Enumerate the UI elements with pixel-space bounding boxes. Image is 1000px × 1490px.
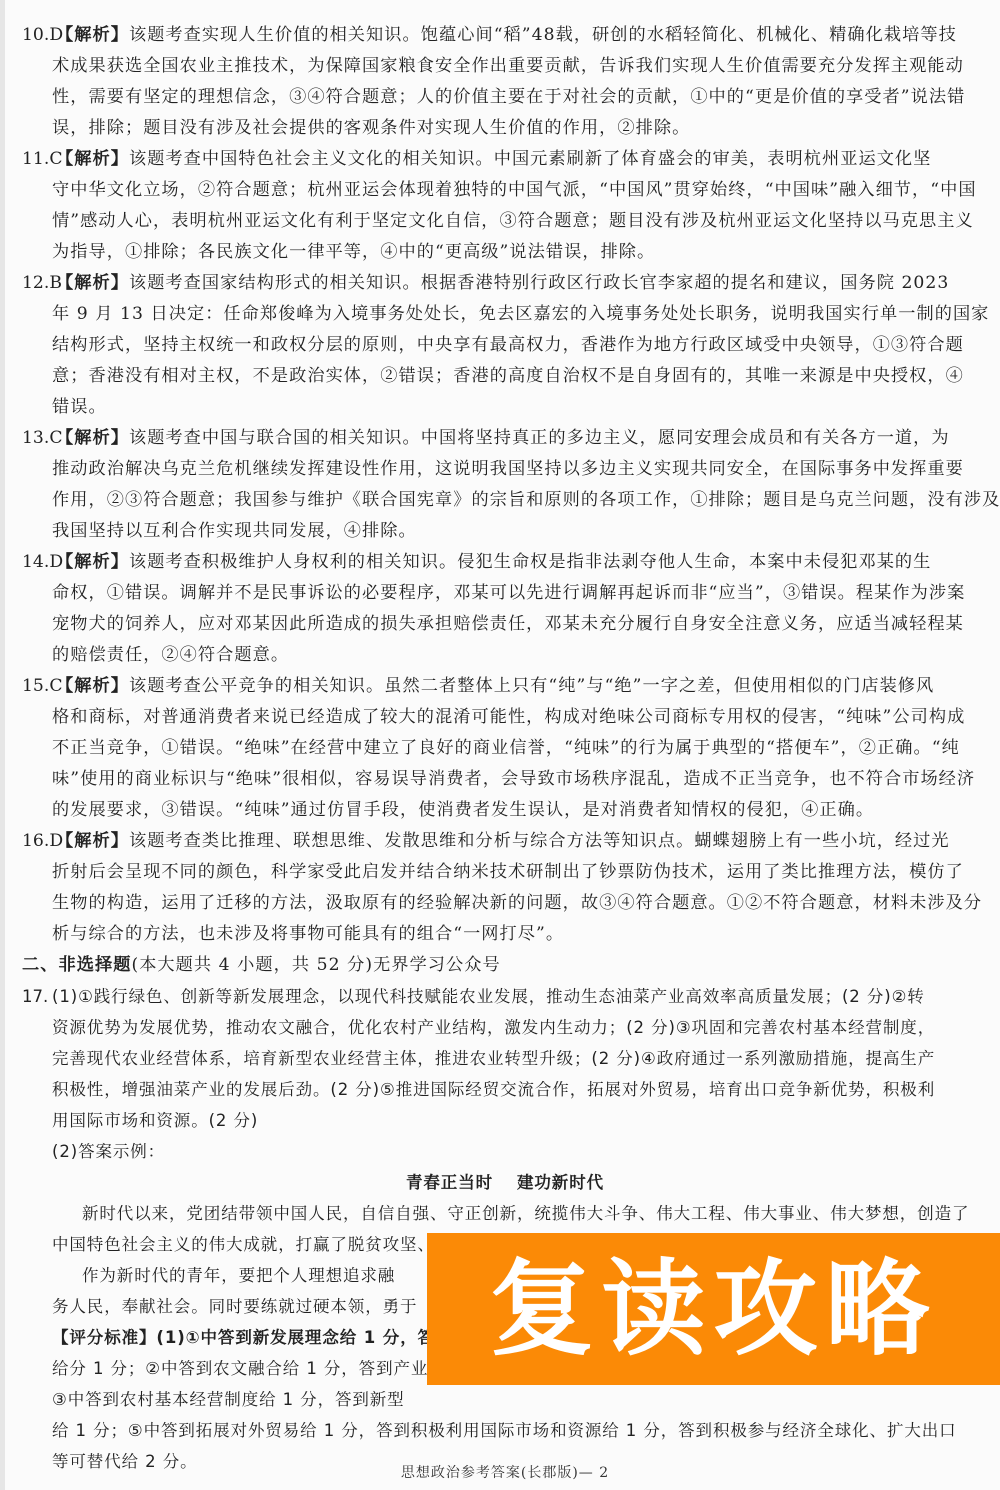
q12-line-3: 结构形式，坚持主权统一和政权分层的原则，中央享有最高权力，香港作为地方行政区域受… [52,330,964,361]
q10-line-1: 10.D【解析】该题考查实现人生价值的相关知识。饱蕴心间“稻”48载，研创的水稻… [22,20,957,51]
q11-line-4: 为指导，①排除；各民族文化一律平等，④中的“更高级”说法错误，排除。 [52,237,655,268]
question-number: 15.C [22,671,52,702]
analysis-tag: 【解析】 [56,273,129,293]
q11-line-2: 守中华文化立场，②符合题意；杭州亚运会体现着独特的中国气派，“中国风”贯穿始终，… [52,175,977,206]
question-number: 17. [22,981,52,1012]
q13-line-1: 13.C【解析】该题考查中国与联合国的相关知识。中国将坚持真正的多边主义，愿同安… [22,423,950,454]
q17-line-3: 完善现代农业经营体系，培育新型农业经营主体，推进农业转型升级；(2 分)④政府通… [52,1043,935,1074]
page-edge [0,0,5,1490]
q12-line-2: 年 9 月 13 日决定：任命郑俊峰为入境事务处处长，免去区嘉宏的入境事务处处长… [52,299,989,330]
q17-line-1: 17.(1)①践行绿色、创新等新发展理念，以现代科技赋能农业发展，推动生态油菜产… [22,981,925,1012]
question-number: 11.C [22,144,52,175]
q14-line-4: 的赔偿责任，②④符合题意。 [52,640,289,671]
q14-line-1: 14.D【解析】该题考查积极维护人身权利的相关知识。侵犯生命权是指非法剥夺他人生… [22,547,931,578]
scoring-line-3: ③中答到农村基本经营制度给 1 分，答到新型 [52,1384,405,1415]
q17-line-2: 资源优势为发展优势，推动农文融合，优化农村产业结构，激发内生动力；(2 分)③巩… [52,1012,935,1043]
q12-line-4: 意；香港没有相对主权，不是政治实体，②错误；香港的高度自治权不是自身固有的，其唯… [52,361,964,392]
q16-line-4: 析与综合的方法，也未涉及将事物可能具有的组合“一网打尽”。 [52,919,564,950]
q10-line-4: 误，排除；题目没有涉及社会提供的客观条件对实现人生价值的作用，②排除。 [52,113,690,144]
q13-line-2: 推动政治解决乌克兰危机继续发挥建设性作用，这说明我国坚持以多边主义实现共同安全，… [52,454,964,485]
question-number: 14.D [22,547,52,578]
q12-line-1: 12.B【解析】该题考查国家结构形式的相关知识。根据香港特别行政区行政长官李家超… [22,268,949,299]
essay-line-3: 作为新时代的青年，要把个人理想追求融 [82,1260,395,1291]
q13-line-3: 作用，②③符合题意；我国参与维护《联合国宪章》的宗旨和原则的各项工作，①排除；题… [52,485,1000,516]
essay-line-1: 新时代以来，党团结带领中国人民，自信自强、守正创新，统揽伟大斗争、伟大工程、伟大… [82,1198,969,1229]
q15-line-4: 味”使用的商业标识与“绝味”很相似，容易误导消费者，会导致市场秩序混乱，造成不正… [52,764,975,795]
section-title: 二、非选择题 [22,955,131,975]
q11-line-1: 11.C【解析】该题考查中国特色社会主义文化的相关知识。中国元素刷新了体育盛会的… [22,144,931,175]
q10-line-3: 性，需要有坚定的理想信念，③④符合题意；人的价值主要在于对社会的贡献，①中的“更… [52,82,965,113]
q15-line-3: 不正当竞争，①错误。“绝味”在经营中建立了良好的商业信誉，“纯味”的行为属于典型… [52,733,960,764]
q16-line-1: 16.D【解析】该题考查类比推理、联想思维、发散思维和分析与综合方法等知识点。蝴… [22,826,950,857]
q11-line-3: 情”感动人心，表明杭州亚运文化有利于坚定文化自信，③符合题意；题目没有涉及杭州亚… [52,206,974,237]
q16-line-3: 生物的构造，运用了迁移的方法，汲取原有的经验解决新的问题，故③④符合题意。①②不… [52,888,982,919]
analysis-tag: 【解析】 [56,552,129,572]
scoring-line-2: 给分 1 分；②中答到农文融合给 1 分，答到产业 [52,1353,428,1384]
q17-line-4: 积极性，增强油菜产业的发展后劲。(2 分)⑤推进国际经贸交流合作，拓展对外贸易，… [52,1074,935,1105]
q15-line-1: 15.C【解析】该题考查公平竞争的相关知识。虽然二者整体上只有“纯”与“绝”一字… [22,671,934,702]
analysis-tag: 【解析】 [56,831,129,851]
question-number: 13.C [22,423,52,454]
watermark-text: 复读攻略 [489,1257,937,1361]
analysis-tag: 【解析】 [56,25,129,45]
q13-line-4: 我国坚持以互利合作实现共同发展，④排除。 [52,516,417,547]
q17-part2-label: (2)答案示例： [52,1136,165,1167]
scoring-line-4: 给 1 分；⑤中答到拓展对外贸易给 1 分，答到积极利用国际市场和资源给 1 分… [52,1415,957,1446]
analysis-tag: 【解析】 [56,676,129,696]
essay-title: 青春正当时建功新时代 [22,1167,988,1198]
watermark-banner: 复读攻略 [427,1233,1000,1385]
page-footer: 思想政治参考答案(长郡版)— 2 [22,1462,988,1482]
analysis-tag: 【解析】 [56,149,129,169]
q17-line-5: 用国际市场和资源。(2 分) [52,1105,258,1136]
analysis-tag: 【解析】 [56,428,129,448]
question-number: 12.B [22,268,52,299]
q16-line-2: 折射后会呈现不同的颜色，科学家受此启发并结合纳米技术研制出了钞票防伪技术，运用了… [52,857,964,888]
q14-line-3: 宠物犬的饲养人，应对邓某因此所造成的损失承担赔偿责任，邓某未充分履行自身安全注意… [52,609,964,640]
section-heading: 二、非选择题(本大题共 4 小题，共 52 分)无界学习公众号 [22,950,501,981]
q12-line-5: 错误。 [52,392,107,423]
essay-line-4: 务人民，奉献社会。同时要练就过硬本领，勇于 [52,1291,417,1322]
section-note: (本大题共 4 小题，共 52 分)无界学习公众号 [131,955,500,975]
q15-line-2: 格和商标，对普通消费者来说已经造成了较大的混淆可能性，构成对绝味公司商标专用权的… [52,702,965,733]
q10-line-2: 术成果获选全国农业主推技术，为保障国家粮食安全作出重要贡献，告诉我们实现人生价值… [52,51,964,82]
q14-line-2: 命权，①错误。调解并不是民事诉讼的必要程序，邓某可以先进行调解再起诉而非“应当”… [52,578,965,609]
scoring-line-1: 【评分标准】(1)①中答到新发展理念给 1 分，答 [52,1322,435,1353]
question-number: 10.D [22,20,52,51]
q15-line-5: 的发展要求，③错误。“纯味”通过仿冒手段，使消费者发生误认，是对消费者知情权的侵… [52,795,874,826]
question-number: 16.D [22,826,52,857]
